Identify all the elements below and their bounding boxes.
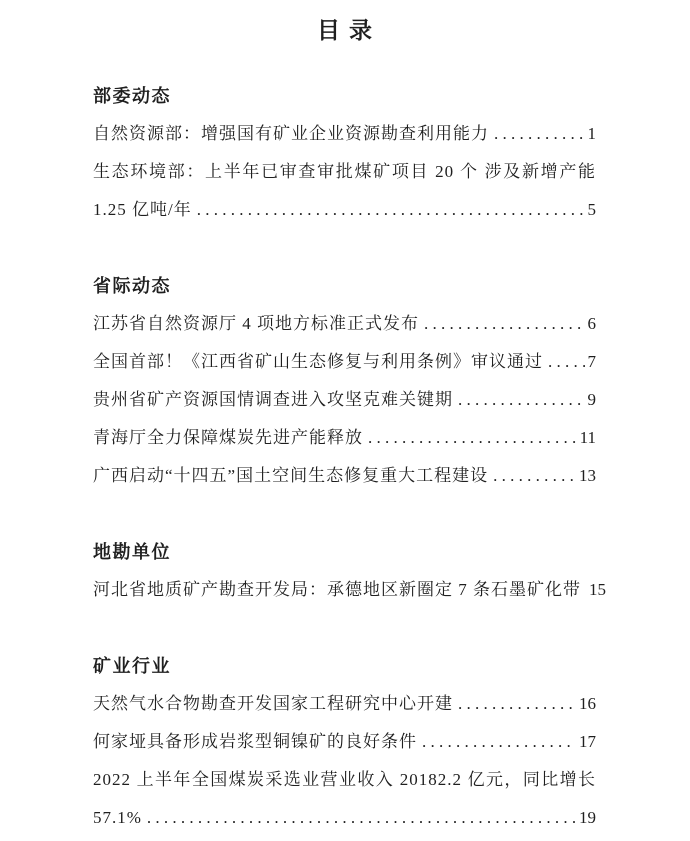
toc-entry-text: 河北省地质矿产勘查开发局：承德地区新圈定 7 条石墨矿化带 bbox=[93, 571, 581, 609]
page-number: 6 bbox=[585, 305, 597, 343]
toc-entry-text: 2022 上半年全国煤炭采选业营业收入 20182.2 亿元，同比增长 bbox=[93, 761, 596, 799]
page-number: 5 bbox=[585, 191, 597, 229]
document-page: 目录 部委动态自然资源部：增强国有矿业企业资源勘查利用能力. . . . . .… bbox=[0, 0, 690, 841]
section-heading: 省际动态 bbox=[93, 267, 596, 305]
toc-entry-text: 何家垭具备形成岩浆型铜镍矿的良好条件 bbox=[93, 723, 417, 761]
toc-entry-line: 天然气水合物勘查开发国家工程研究中心开建. . . . . . . . . . … bbox=[93, 685, 596, 723]
toc-entry-line: 全国首部！《江西省矿山生态修复与利用条例》审议通过. . . . . . . .… bbox=[93, 343, 596, 381]
toc-entry-line: 何家垭具备形成岩浆型铜镍矿的良好条件. . . . . . . . . . . … bbox=[93, 723, 596, 761]
page-number: 17 bbox=[576, 723, 596, 761]
toc-entry-text: 全国首部！《江西省矿山生态修复与利用条例》审议通过 bbox=[93, 343, 543, 381]
dot-leader: . . . . . . . . . . . . . . . . . . . . … bbox=[489, 115, 585, 153]
dot-leader: . . . . . . . . . . . . . . . . . . . . … bbox=[419, 305, 585, 343]
toc-entry-line: 青海厅全力保障煤炭先进产能释放. . . . . . . . . . . . .… bbox=[93, 419, 596, 457]
toc-entry-text: 生态环境部：上半年已审查审批煤矿项目 20 个 涉及新增产能 bbox=[93, 153, 596, 191]
toc-entry[interactable]: 广西启动“十四五”国土空间生态修复重大工程建设. . . . . . . . .… bbox=[93, 457, 596, 495]
toc-entry[interactable]: 天然气水合物勘查开发国家工程研究中心开建. . . . . . . . . . … bbox=[93, 685, 596, 723]
toc-section: 部委动态自然资源部：增强国有矿业企业资源勘查利用能力. . . . . . . … bbox=[93, 77, 596, 229]
toc-section: 矿业行业天然气水合物勘查开发国家工程研究中心开建. . . . . . . . … bbox=[93, 647, 596, 837]
page-number: 15 bbox=[586, 571, 606, 609]
toc-entry-line: 广西启动“十四五”国土空间生态修复重大工程建设. . . . . . . . .… bbox=[93, 457, 596, 495]
section-heading: 地勘单位 bbox=[93, 533, 596, 571]
toc-entry-text: 江苏省自然资源厅 4 项地方标准正式发布 bbox=[93, 305, 419, 343]
toc-entry[interactable]: 江苏省自然资源厅 4 项地方标准正式发布. . . . . . . . . . … bbox=[93, 305, 596, 343]
toc-section: 省际动态江苏省自然资源厅 4 项地方标准正式发布. . . . . . . . … bbox=[93, 267, 596, 495]
dot-leader: . . . . . . . . . . . . . . . . . . . . … bbox=[192, 191, 585, 229]
toc-entry-line: 1.25 亿吨/年. . . . . . . . . . . . . . . .… bbox=[93, 191, 596, 229]
dot-leader: . . . . . . . . . . . . . . . . . . . . … bbox=[453, 685, 576, 723]
toc-entry[interactable]: 2022 上半年全国煤炭采选业营业收入 20182.2 亿元，同比增长57.1%… bbox=[93, 761, 596, 837]
page-number: 1 bbox=[585, 115, 597, 153]
toc-entry-line: 河北省地质矿产勘查开发局：承德地区新圈定 7 条石墨矿化带. . . . . .… bbox=[93, 571, 596, 609]
table-of-contents: 部委动态自然资源部：增强国有矿业企业资源勘查利用能力. . . . . . . … bbox=[93, 77, 596, 837]
dot-leader: . . . . . . . . . . . . . . . . . . . . … bbox=[543, 343, 585, 381]
toc-entry[interactable]: 何家垭具备形成岩浆型铜镍矿的良好条件. . . . . . . . . . . … bbox=[93, 723, 596, 761]
toc-entry-text: 贵州省矿产资源国情调查进入攻坚克难关键期 bbox=[93, 381, 453, 419]
toc-entry-text: 1.25 亿吨/年 bbox=[93, 191, 192, 229]
dot-leader: . . . . . . . . . . . . . . . . . . . . … bbox=[453, 381, 585, 419]
section-heading: 矿业行业 bbox=[93, 647, 596, 685]
page-number: 7 bbox=[585, 343, 597, 381]
toc-entry-text: 广西启动“十四五”国土空间生态修复重大工程建设 bbox=[93, 457, 488, 495]
toc-entry-line: 自然资源部：增强国有矿业企业资源勘查利用能力. . . . . . . . . … bbox=[93, 115, 596, 153]
page-number: 11 bbox=[577, 419, 596, 457]
dot-leader: . . . . . . . . . . . . . . . . . . . . … bbox=[363, 419, 577, 457]
page-title: 目录 bbox=[93, 12, 596, 50]
toc-entry-line: 江苏省自然资源厅 4 项地方标准正式发布. . . . . . . . . . … bbox=[93, 305, 596, 343]
toc-entry-text: 57.1% bbox=[93, 799, 142, 837]
toc-entry-text: 青海厅全力保障煤炭先进产能释放 bbox=[93, 419, 363, 457]
page-number: 13 bbox=[576, 457, 596, 495]
dot-leader: . . . . . . . . . . . . . . . . . . . . … bbox=[417, 723, 576, 761]
toc-entry[interactable]: 自然资源部：增强国有矿业企业资源勘查利用能力. . . . . . . . . … bbox=[93, 115, 596, 153]
toc-entry[interactable]: 生态环境部：上半年已审查审批煤矿项目 20 个 涉及新增产能1.25 亿吨/年.… bbox=[93, 153, 596, 229]
toc-entry[interactable]: 河北省地质矿产勘查开发局：承德地区新圈定 7 条石墨矿化带. . . . . .… bbox=[93, 571, 596, 609]
dot-leader: . . . . . . . . . . . . . . . . . . . . … bbox=[142, 799, 576, 837]
toc-entry[interactable]: 青海厅全力保障煤炭先进产能释放. . . . . . . . . . . . .… bbox=[93, 419, 596, 457]
page-number: 19 bbox=[576, 799, 596, 837]
page-number: 9 bbox=[585, 381, 597, 419]
page-number: 16 bbox=[576, 685, 596, 723]
toc-entry-line: 57.1%. . . . . . . . . . . . . . . . . .… bbox=[93, 799, 596, 837]
toc-section: 地勘单位河北省地质矿产勘查开发局：承德地区新圈定 7 条石墨矿化带. . . .… bbox=[93, 533, 596, 609]
toc-entry[interactable]: 全国首部！《江西省矿山生态修复与利用条例》审议通过. . . . . . . .… bbox=[93, 343, 596, 381]
toc-entry-line: 贵州省矿产资源国情调查进入攻坚克难关键期. . . . . . . . . . … bbox=[93, 381, 596, 419]
toc-entry-text: 天然气水合物勘查开发国家工程研究中心开建 bbox=[93, 685, 453, 723]
section-heading: 部委动态 bbox=[93, 77, 596, 115]
toc-entry-text: 自然资源部：增强国有矿业企业资源勘查利用能力 bbox=[93, 115, 489, 153]
dot-leader: . . . . . . . . . . . . . . . . . . . . … bbox=[488, 457, 576, 495]
toc-entry[interactable]: 贵州省矿产资源国情调查进入攻坚克难关键期. . . . . . . . . . … bbox=[93, 381, 596, 419]
